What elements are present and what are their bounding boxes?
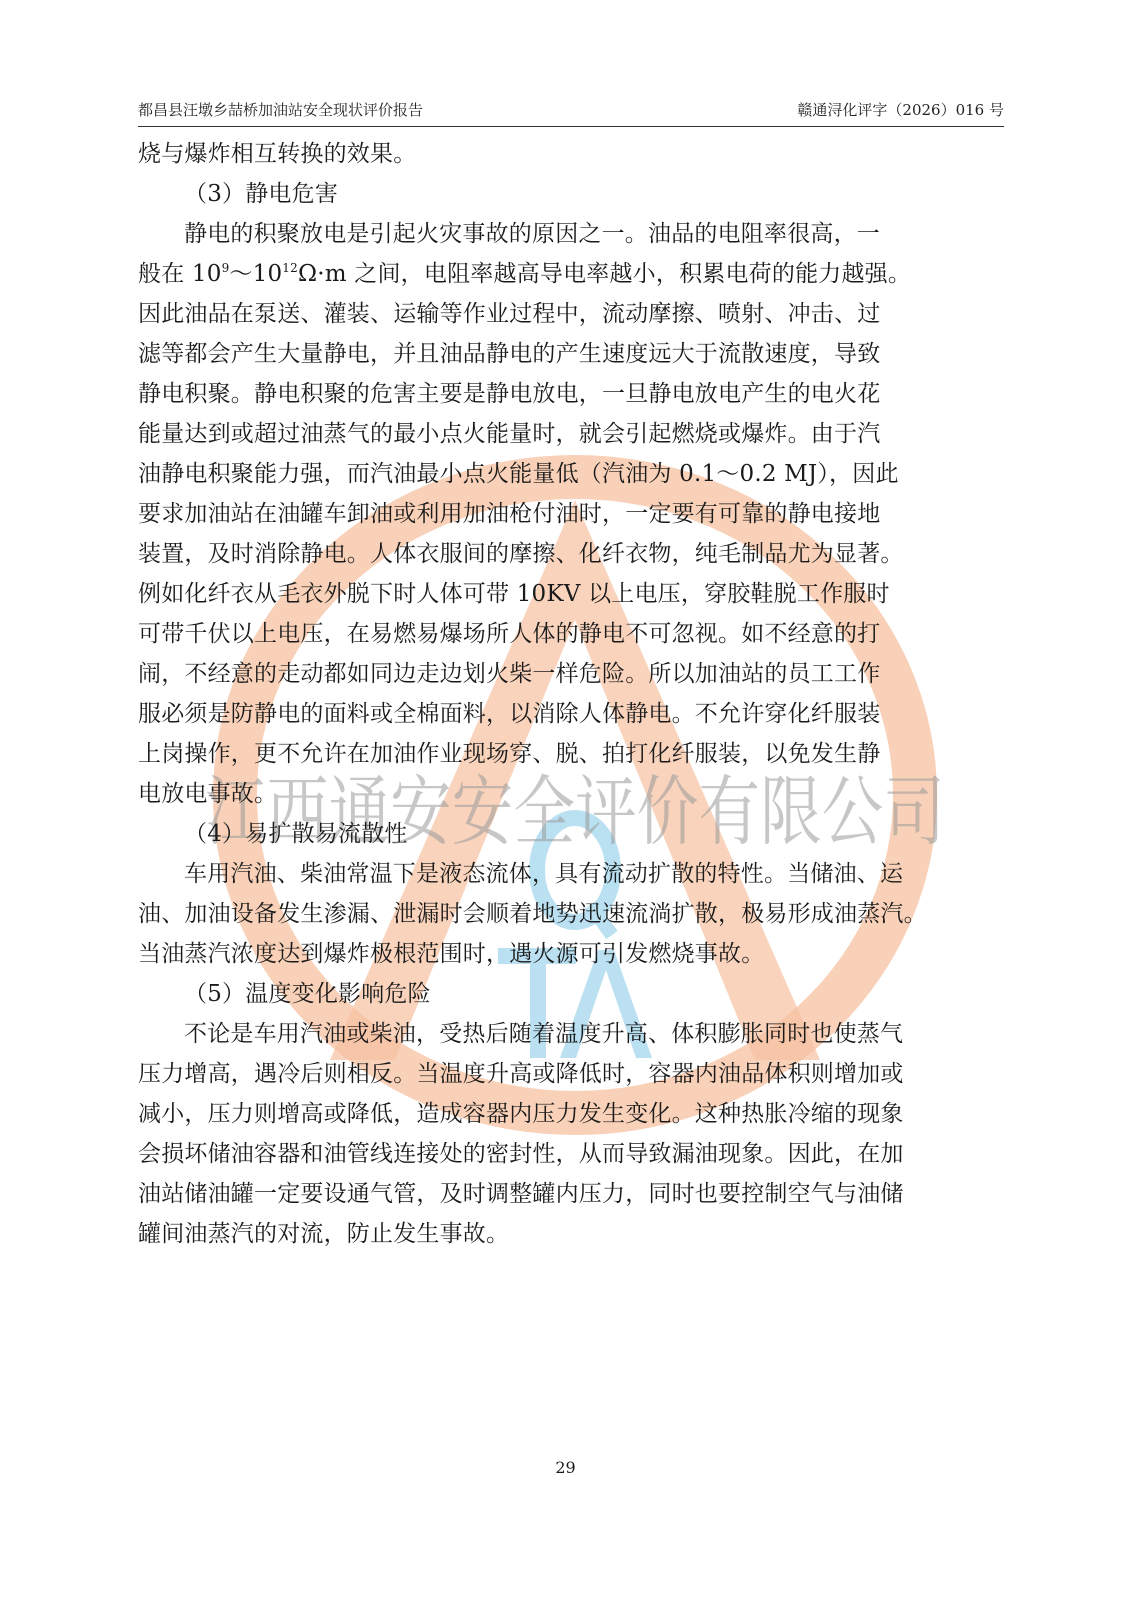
body-line: 不论是车用汽油或柴油，受热后随着温度升高、体积膨胀同时也使蒸气 xyxy=(138,1014,1004,1054)
body-line: 闹，不经意的走动都如同边走边划火柴一样危险。所以加油站的员工工作 xyxy=(138,654,1004,694)
body-line: 减小，压力则增高或降低，造成容器内压力发生变化。这种热胀冷缩的现象 xyxy=(138,1094,1004,1134)
body-line-resistivity: 般在 109～1012Ω·m 之间，电阻率越高导电率越小，积累电荷的能力越强。 xyxy=(138,254,1004,294)
body-line: 烧与爆炸相互转换的效果。 xyxy=(138,134,1004,174)
body-line: 当油蒸汽浓度达到爆炸极根范围时，遇火源可引发燃烧事故。 xyxy=(138,934,1004,974)
body-line: 油、加油设备发生渗漏、泄漏时会顺着地势迅速流淌扩散，极易形成油蒸汽。 xyxy=(138,894,1004,934)
body-line: 静电积聚。静电积聚的危害主要是静电放电，一旦静电放电产生的电火花 xyxy=(138,374,1004,414)
body-line: 装置，及时消除静电。人体衣服间的摩擦、化纤衣物，纯毛制品尤为显著。 xyxy=(138,534,1004,574)
body-line: 油静电积聚能力强，而汽油最小点火能量低（汽油为 0.1～0.2 MJ），因此 xyxy=(138,454,1004,494)
body-line: 上岗操作，更不允许在加油作业现场穿、脱、拍打化纤服装，以免发生静 xyxy=(138,734,1004,774)
page-header: 都昌县汪墩乡喆桥加油站安全现状评价报告 赣通浔化评字（2026）016 号 xyxy=(138,96,1004,127)
text-fragment: ～10 xyxy=(229,261,282,287)
page-number: 29 xyxy=(0,1458,1131,1477)
body-line: 会损坏储油容器和油管线连接处的密封性，从而导致漏油现象。因此，在加 xyxy=(138,1134,1004,1174)
body-line: 例如化纤衣从毛衣外脱下时人体可带 10KV 以上电压，穿胶鞋脱工作服时 xyxy=(138,574,1004,614)
body-line: 罐间油蒸汽的对流，防止发生事故。 xyxy=(138,1214,1004,1254)
superscript: 12 xyxy=(282,261,298,275)
section-heading-static-electricity: （3）静电危害 xyxy=(138,174,1004,214)
body-line: 电放电事故。 xyxy=(138,774,1004,814)
body-line: 可带千伏以上电压，在易燃易爆场所人体的静电不可忽视。如不经意的打 xyxy=(138,614,1004,654)
body-line: 服必须是防静电的面料或全棉面料，以消除人体静电。不允许穿化纤服装 xyxy=(138,694,1004,734)
body-line: 要求加油站在油罐车卸油或利用加油枪付油时，一定要有可靠的静电接地 xyxy=(138,494,1004,534)
body-line: 因此油品在泵送、灌装、运输等作业过程中，流动摩擦、喷射、冲击、过 xyxy=(138,294,1004,334)
body-line: 静电的积聚放电是引起火灾事故的原因之一。油品的电阻率很高，一 xyxy=(138,214,1004,254)
document-body: 烧与爆炸相互转换的效果。 （3）静电危害 静电的积聚放电是引起火灾事故的原因之一… xyxy=(138,134,1004,1254)
text-fragment: Ω·m 之间，电阻率越高导电率越小，积累电荷的能力越强。 xyxy=(298,261,911,287)
section-heading-temperature: （5）温度变化影响危险 xyxy=(138,974,1004,1014)
text-fragment: 般在 10 xyxy=(138,261,222,287)
body-line: 滤等都会产生大量静电，并且油品静电的产生速度远大于流散速度，导致 xyxy=(138,334,1004,374)
report-title: 都昌县汪墩乡喆桥加油站安全现状评价报告 xyxy=(138,99,423,120)
section-heading-diffusion: （4）易扩散易流散性 xyxy=(138,814,1004,854)
body-line: 压力增高，遇冷后则相反。当温度升高或降低时，容器内油品体积则增加或 xyxy=(138,1054,1004,1094)
body-line: 车用汽油、柴油常温下是液态流体，具有流动扩散的特性。当储油、运 xyxy=(138,854,1004,894)
body-line: 能量达到或超过油蒸气的最小点火能量时，就会引起燃烧或爆炸。由于汽 xyxy=(138,414,1004,454)
document-number: 赣通浔化评字（2026）016 号 xyxy=(797,99,1004,120)
body-line: 油站储油罐一定要设通气管，及时调整罐内压力，同时也要控制空气与油储 xyxy=(138,1174,1004,1214)
